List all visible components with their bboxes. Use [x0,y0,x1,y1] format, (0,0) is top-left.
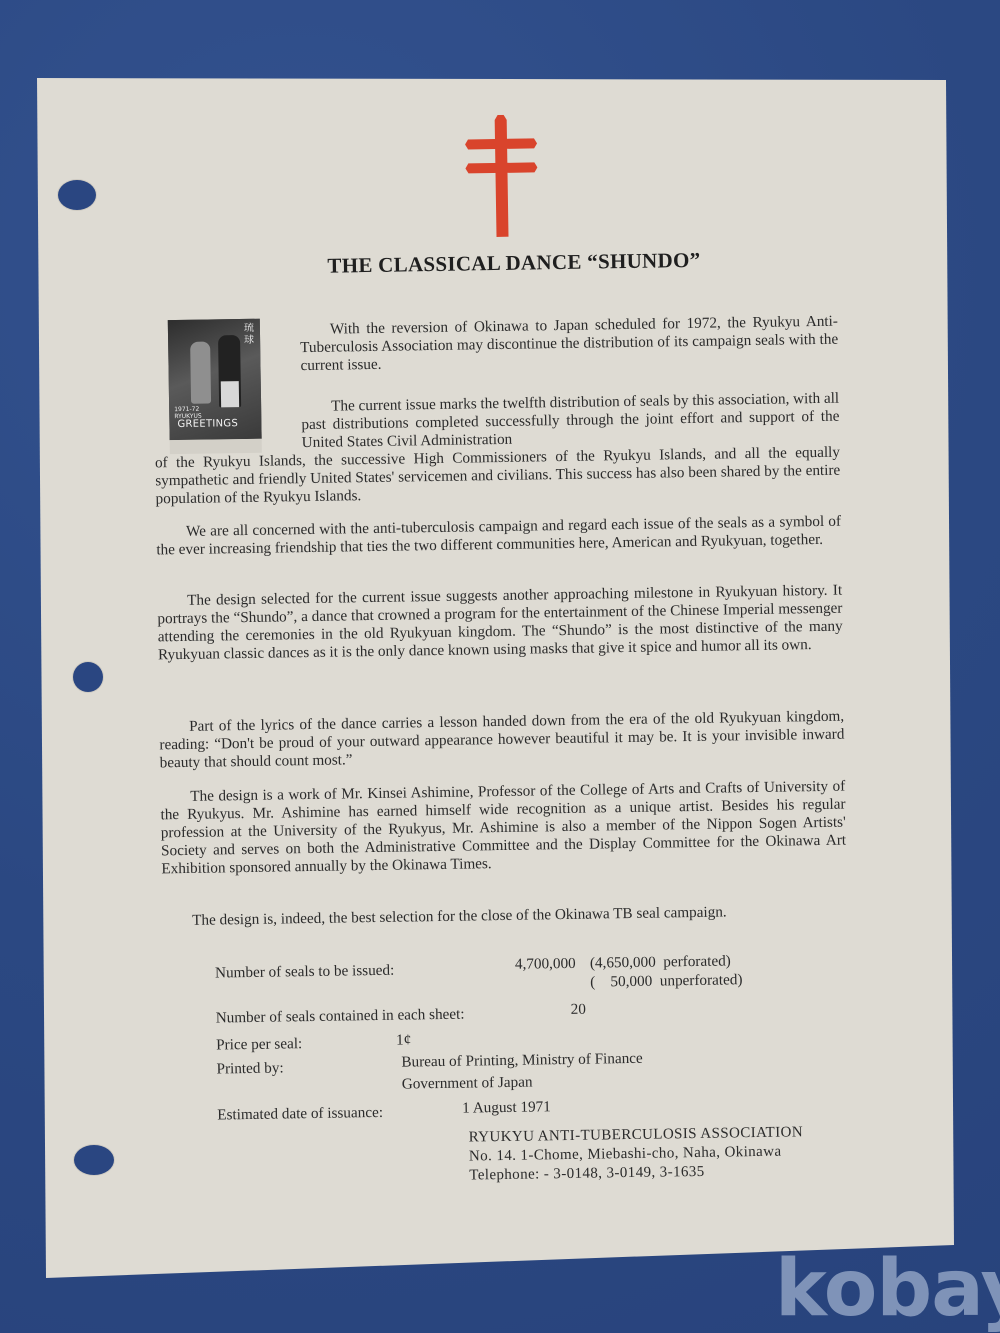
watermark-logo: kobay [775,1250,1000,1328]
stamp-margin [170,439,262,454]
stamp-greeting: GREETINGS [177,418,238,430]
seals-issued-value: 4,700,000 [515,955,576,974]
seal-stamp-image: 琉球 1971-72 RYUKYUS GREETINGS [168,319,262,440]
paragraph-2a: The current issue marks the twelfth dist… [301,390,840,452]
paragraph-5: Part of the lyrics of the dance carries … [159,708,845,773]
paragraph-1: With the reversion of Okinawa to Japan s… [300,313,839,375]
page-title: THE CLASSICAL DANCE “SHUNDO” [294,247,734,279]
printed-by-label: Printed by: [216,1059,283,1078]
per-sheet-value: 20 [571,1001,586,1019]
association-telephone: Telephone: - 3-0148, 3-0149, 3-1635 [469,1161,804,1185]
dancer-figure [190,342,211,404]
double-barred-cross-icon [465,114,539,237]
seals-issued-label: Number of seals to be issued: [215,962,395,983]
per-sheet-label: Number of seals contained in each sheet: [216,1006,465,1028]
paragraph-3: We are all concerned with the anti-tuber… [156,513,841,560]
association-address-block: RYUKYU ANTI-TUBERCULOSIS ASSOCIATION No.… [469,1123,804,1185]
dancer-robe [221,381,239,407]
issuance-date-value: 1 August 1971 [462,1098,551,1117]
paragraph-2b: of the Ryukyu Islands, the successive Hi… [155,444,841,509]
printed-by-line2: Government of Japan [402,1074,533,1094]
price-value: 1¢ [396,1031,411,1049]
price-label: Price per seal: [216,1035,302,1054]
paragraph-4: The design selected for the current issu… [157,582,843,665]
seals-perforated: (4,650,000 perforated) [590,952,731,972]
document: THE CLASSICAL DANCE “SHUNDO” 琉球 1971-72 … [0,0,1000,1333]
seals-unperforated: ( 50,000 unperforated) [590,971,743,991]
paragraph-7: The design is, indeed, the best selectio… [162,902,847,931]
issuance-date-label: Estimated date of issuance: [217,1104,383,1125]
printed-by-line1: Bureau of Printing, Ministry of Finance [401,1050,643,1072]
paragraph-6: The design is a work of Mr. Kinsei Ashim… [160,778,846,879]
stamp-kanji: 琉球 [244,323,256,347]
